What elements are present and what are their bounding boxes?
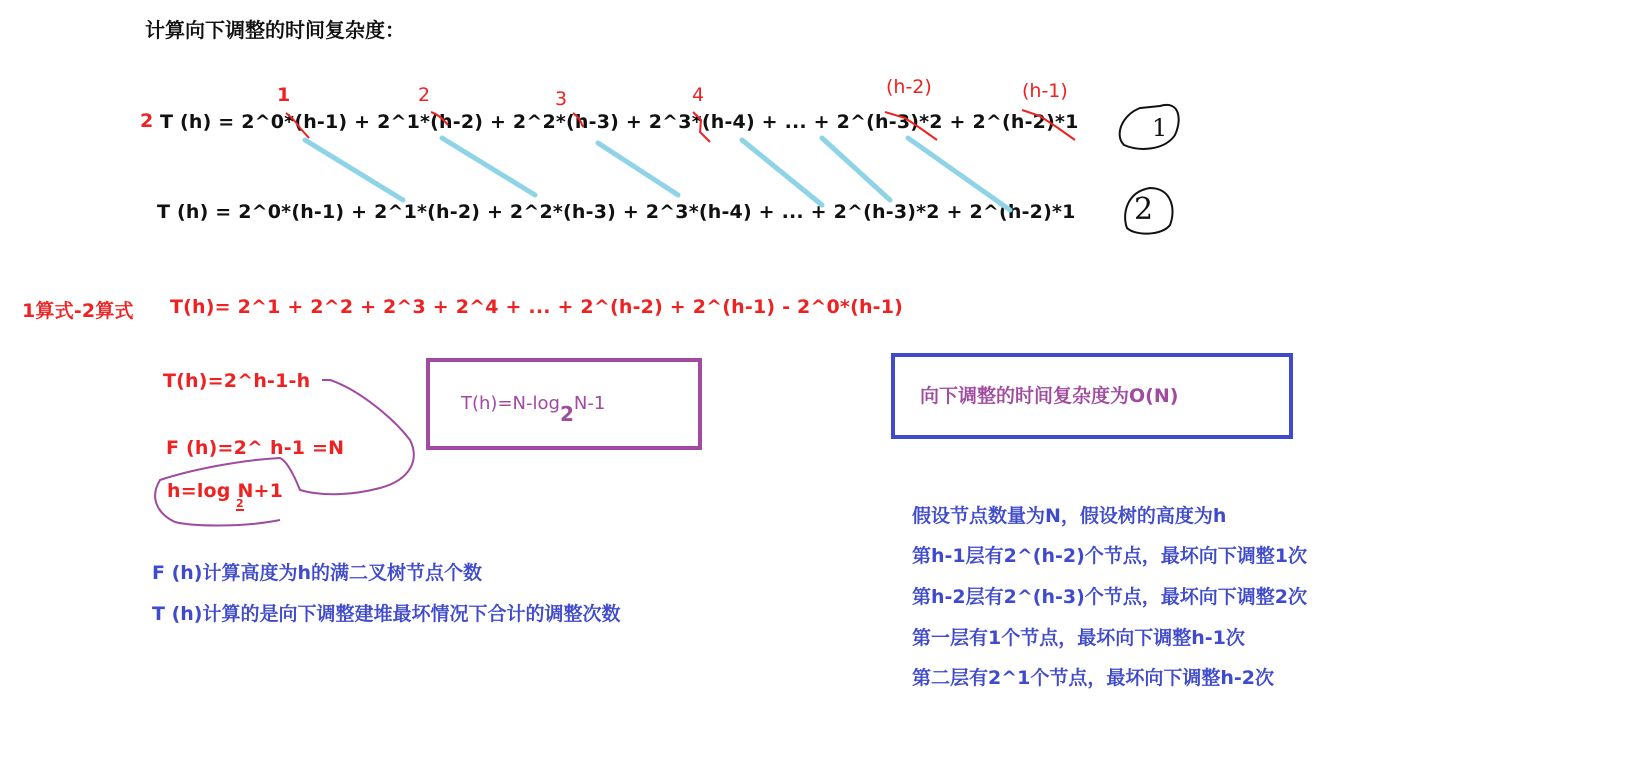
- result-sub: 2: [560, 402, 574, 426]
- result-pre: T(h)=N-log: [461, 393, 560, 414]
- subtraction-label: 1算式-2算式: [22, 296, 134, 323]
- derivation-line3-post: +1: [254, 480, 284, 502]
- definition-t: T (h)计算的是向下调整建堆最坏情况下合计的调整次数: [152, 599, 620, 626]
- subtraction-equation: T(h)= 2^1 + 2^2 + 2^3 + 2^4 + ... + 2^(h…: [170, 296, 903, 318]
- circled-label-1: 1: [1152, 114, 1167, 142]
- derivation-line2: F (h)=2^ h-1 =N: [166, 437, 344, 459]
- derivation-line3-sub: 2: [236, 499, 244, 511]
- assumption-1: 假设节点数量为N，假设树的高度为h: [912, 501, 1226, 528]
- derivation-line3: h=log N+1: [167, 480, 283, 502]
- annotation-h-2: (h-2): [886, 76, 932, 98]
- assumption-4: 第一层有1个节点，最坏向下调整h-1次: [912, 623, 1245, 650]
- annotation-h-1: (h-1): [1022, 80, 1068, 102]
- annotation-3: 3: [555, 88, 567, 110]
- page-title: 计算向下调整的时间复杂度：: [145, 14, 405, 43]
- alignment-lines: [305, 138, 1010, 210]
- assumption-3: 第h-2层有2^(h-3)个节点，最坏向下调整2次: [912, 582, 1307, 609]
- result-post: N-1: [574, 393, 605, 414]
- equation2: T (h) = 2^0*(h-1) + 2^1*(h-2) + 2^2*(h-3…: [157, 201, 1076, 223]
- assumption-2: 第h-1层有2^(h-2)个节点，最坏向下调整1次: [912, 541, 1307, 568]
- circled-label-2: 2: [1134, 192, 1153, 227]
- annotation-1: 1: [277, 84, 290, 106]
- annotation-2: 2: [418, 84, 430, 106]
- assumption-5: 第二层有2^1个节点，最坏向下调整h-2次: [912, 663, 1274, 690]
- annotation-4: 4: [692, 84, 704, 106]
- equation1: T (h) = 2^0*(h-1) + 2^1*(h-2) + 2^2*(h-3…: [160, 111, 1079, 133]
- equation1-prefix: 2: [140, 110, 153, 132]
- conclusion-text: 向下调整的时间复杂度为O(N): [920, 381, 1178, 408]
- derivation-line1: T(h)=2^h-1-h: [163, 370, 310, 392]
- definition-f: F (h)计算高度为h的满二叉树节点个数: [152, 558, 482, 585]
- result-formula: T(h)=N-log2N-1: [461, 390, 605, 414]
- derivation-line3-pre: h=log: [167, 480, 237, 502]
